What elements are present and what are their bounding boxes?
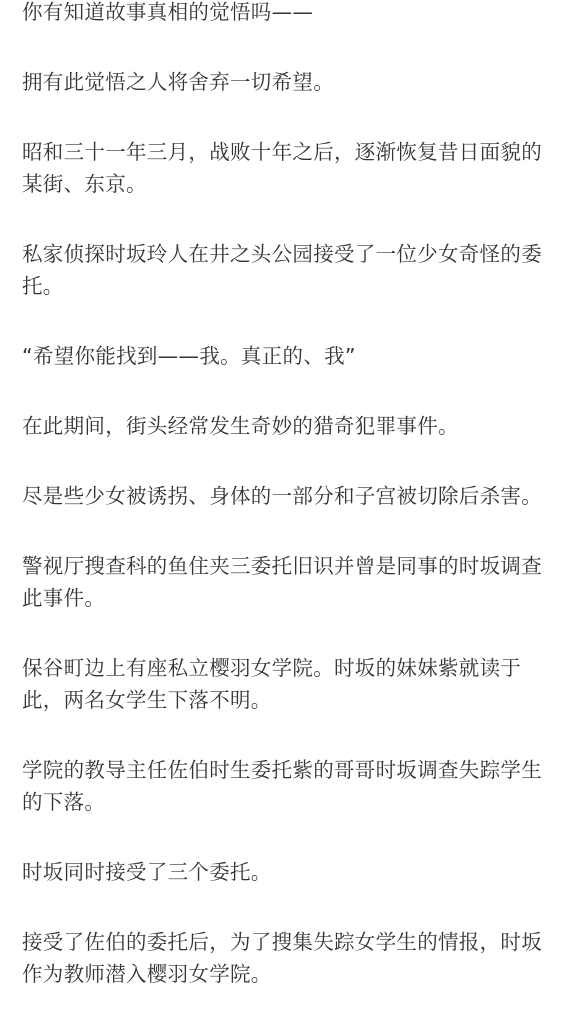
paragraph-detective-request: 私家侦探时坂玲人在井之头公园接受了一位少女奇怪的委托。 bbox=[22, 238, 552, 302]
paragraph-despair: 拥有此觉悟之人将舍弃一切希望。 bbox=[22, 66, 552, 98]
paragraph-academy: 保谷町边上有座私立樱羽女学院。时坂的妹妹紫就读于此，两名女学生下落不明。 bbox=[22, 652, 552, 716]
paragraph-three-requests: 时坂同时接受了三个委托。 bbox=[22, 856, 552, 888]
paragraph-crimes: 在此期间，街头经常发生奇妙的猎奇犯罪事件。 bbox=[22, 410, 552, 442]
paragraph-victims: 尽是些少女被诱拐、身体的一部分和子宫被切除后杀害。 bbox=[22, 480, 552, 512]
paragraph-setting: 昭和三十一年三月，战败十年之后，逐渐恢复昔日面貌的某街、东京。 bbox=[22, 136, 552, 200]
paragraph-teacher-request: 学院的教导主任佐伯时生委托紫的哥哥时坂调查失踪学生的下落。 bbox=[22, 754, 552, 818]
paragraph-opening-question: 你有知道故事真相的觉悟吗—— bbox=[22, 0, 552, 28]
paragraph-infiltration: 接受了佐伯的委托后，为了搜集失踪女学生的情报，时坂作为教师潜入樱羽女学院。 bbox=[22, 926, 552, 990]
article-body: 你有知道故事真相的觉悟吗—— 拥有此觉悟之人将舍弃一切希望。 昭和三十一年三月，… bbox=[22, 0, 552, 1024]
paragraph-police-request: 警视厅搜查科的鱼住夹三委托旧识并曾是同事的时坂调查此事件。 bbox=[22, 550, 552, 614]
paragraph-quote: “希望你能找到——我。真正的、我” bbox=[22, 340, 552, 372]
